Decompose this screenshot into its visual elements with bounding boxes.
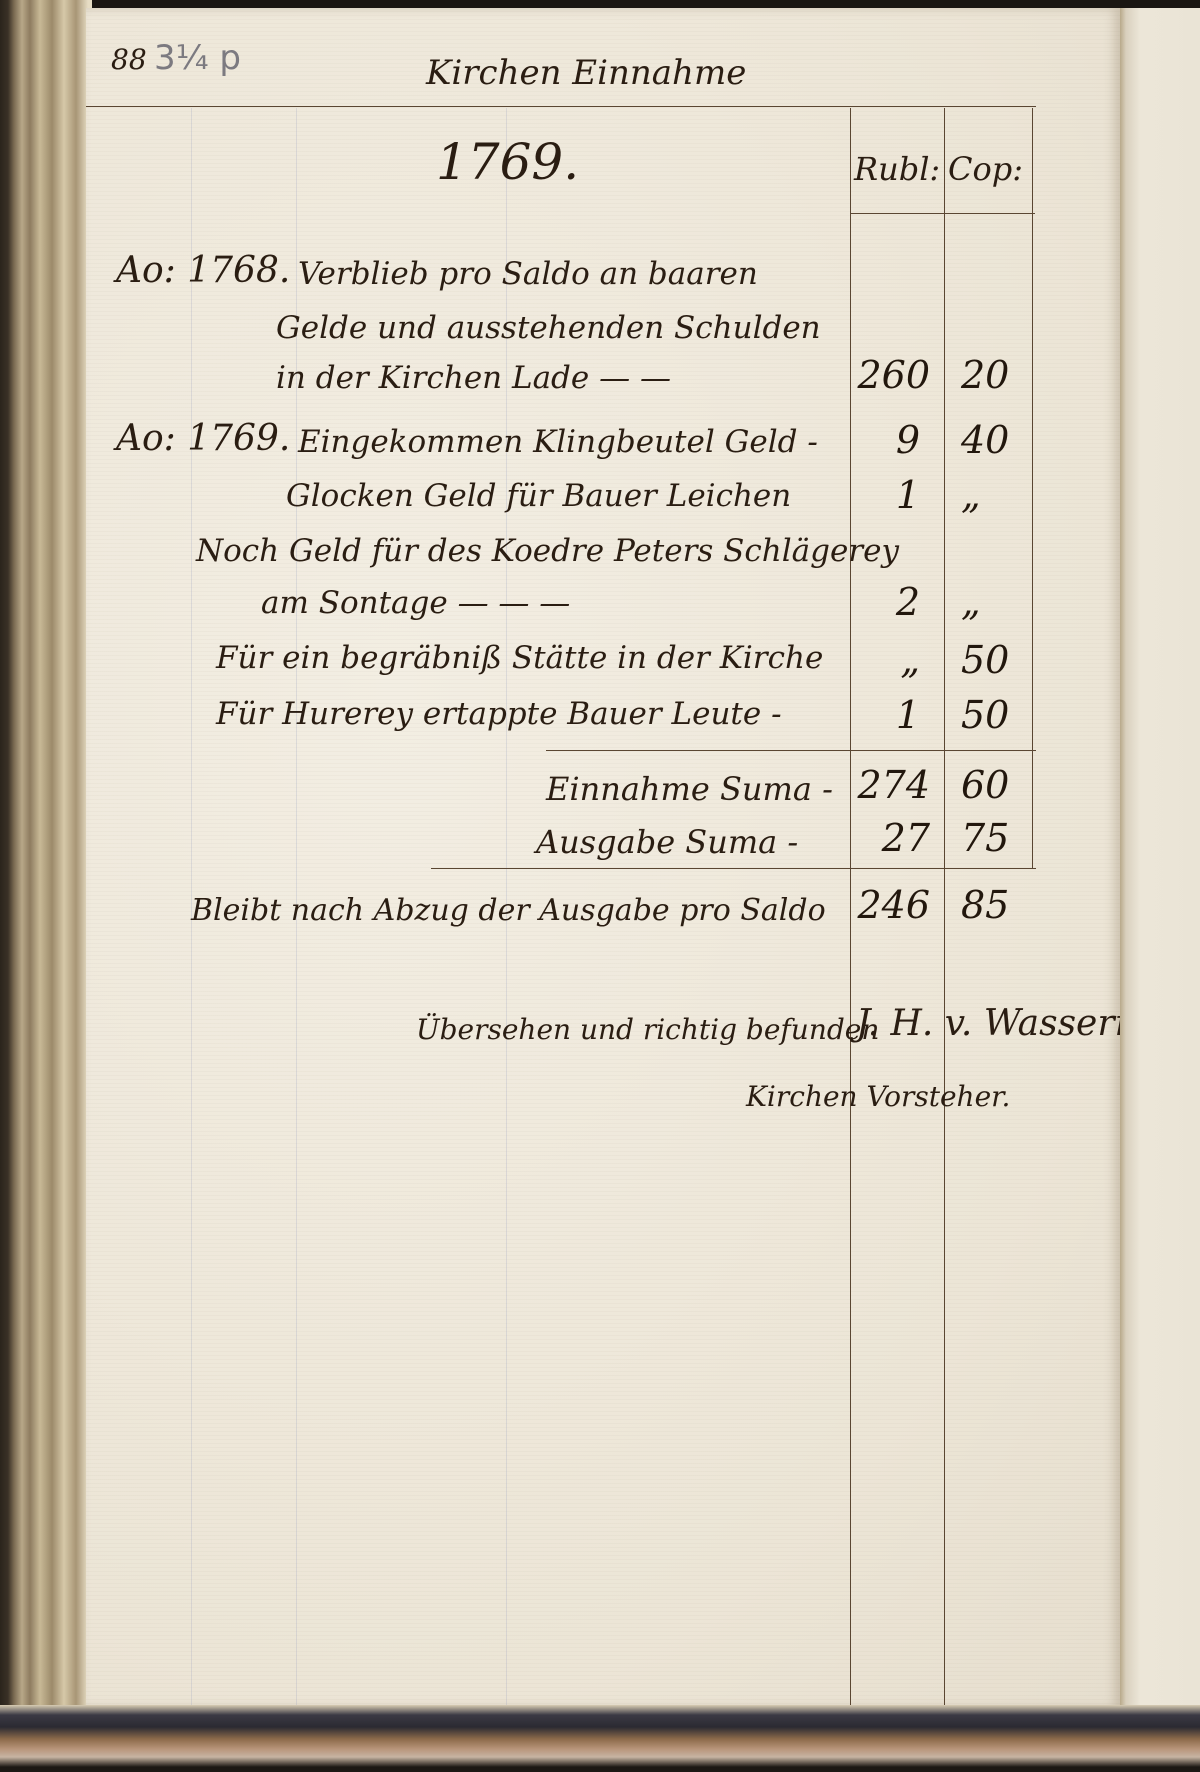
copeken-value: „ <box>961 473 1031 517</box>
copeken-column-header: Cop: <box>948 150 1023 188</box>
balance-rule <box>431 868 1036 869</box>
entry-line: Für Hurerey ertappte Bauer Leute - <box>216 696 782 732</box>
page-title: Kirchen Einnahme <box>426 53 746 93</box>
pencil-folio-note: 3¼ p <box>154 38 241 78</box>
income-rubel: 274 <box>850 763 930 807</box>
sum-rule <box>546 750 1036 751</box>
entry-line: Eingekommen Klingbeutel Geld - <box>298 424 818 460</box>
copeken-value: „ <box>961 580 1031 624</box>
entry-line: in der Kirchen Lade — — <box>276 360 671 396</box>
entry-prefix: Ao: 1768. <box>116 250 290 291</box>
entry-line: Für ein begräbniß Stätte in der Kirche <box>216 640 823 676</box>
rubel-value: 2 <box>850 580 920 624</box>
folio-number: 88 <box>111 43 147 76</box>
facing-page-edge <box>1120 8 1200 1708</box>
year-heading: 1769. <box>436 133 579 191</box>
book-binding-bottom <box>0 1705 1200 1772</box>
header-rule <box>86 106 1036 107</box>
attestation-text: Übersehen und richtig befunden <box>416 1013 879 1046</box>
copeken-value: 40 <box>961 418 1031 462</box>
right-column-line <box>1032 108 1033 868</box>
entry-line: am Sontage — — — <box>261 585 570 621</box>
expense-copeken: 75 <box>961 816 1031 860</box>
copeken-column-line <box>944 108 945 1708</box>
entry-prefix: Ao: 1769. <box>116 418 290 459</box>
rubel-column-header: Rubl: <box>854 150 940 188</box>
ledger-page: 88 3¼ p Kirchen Einnahme 1769. Rubl: Cop… <box>86 8 1120 1708</box>
book-page-edges <box>0 0 92 1720</box>
expense-sum-label: Ausgabe Suma - <box>536 823 798 861</box>
balance-copeken: 85 <box>961 883 1031 927</box>
entry-line: Gelde und ausstehenden Schulden <box>276 310 821 346</box>
entry-line: Verblieb pro Saldo an baaren <box>298 256 758 292</box>
copeken-value: 20 <box>961 353 1031 397</box>
balance-label: Bleibt nach Abzug der Ausgabe pro Saldo <box>191 893 826 928</box>
balance-rubel: 246 <box>850 883 930 927</box>
rubel-value: 260 <box>850 353 930 397</box>
income-copeken: 60 <box>961 763 1031 807</box>
rubel-value: 9 <box>850 418 920 462</box>
rubel-value: „ <box>850 638 920 682</box>
entry-line: Glocken Geld für Bauer Leichen <box>286 478 791 514</box>
copeken-value: 50 <box>961 693 1031 737</box>
rubel-value: 1 <box>850 693 920 737</box>
rubel-value: 1 <box>850 473 920 517</box>
expense-rubel: 27 <box>850 816 930 860</box>
column-header-rule <box>850 213 1035 214</box>
income-sum-label: Einnahme Suma - <box>546 770 833 808</box>
entry-line: Noch Geld für des Koedre Peters Schläger… <box>196 533 899 569</box>
copeken-value: 50 <box>961 638 1031 682</box>
signatory-role: Kirchen Vorsteher. <box>746 1080 1010 1113</box>
